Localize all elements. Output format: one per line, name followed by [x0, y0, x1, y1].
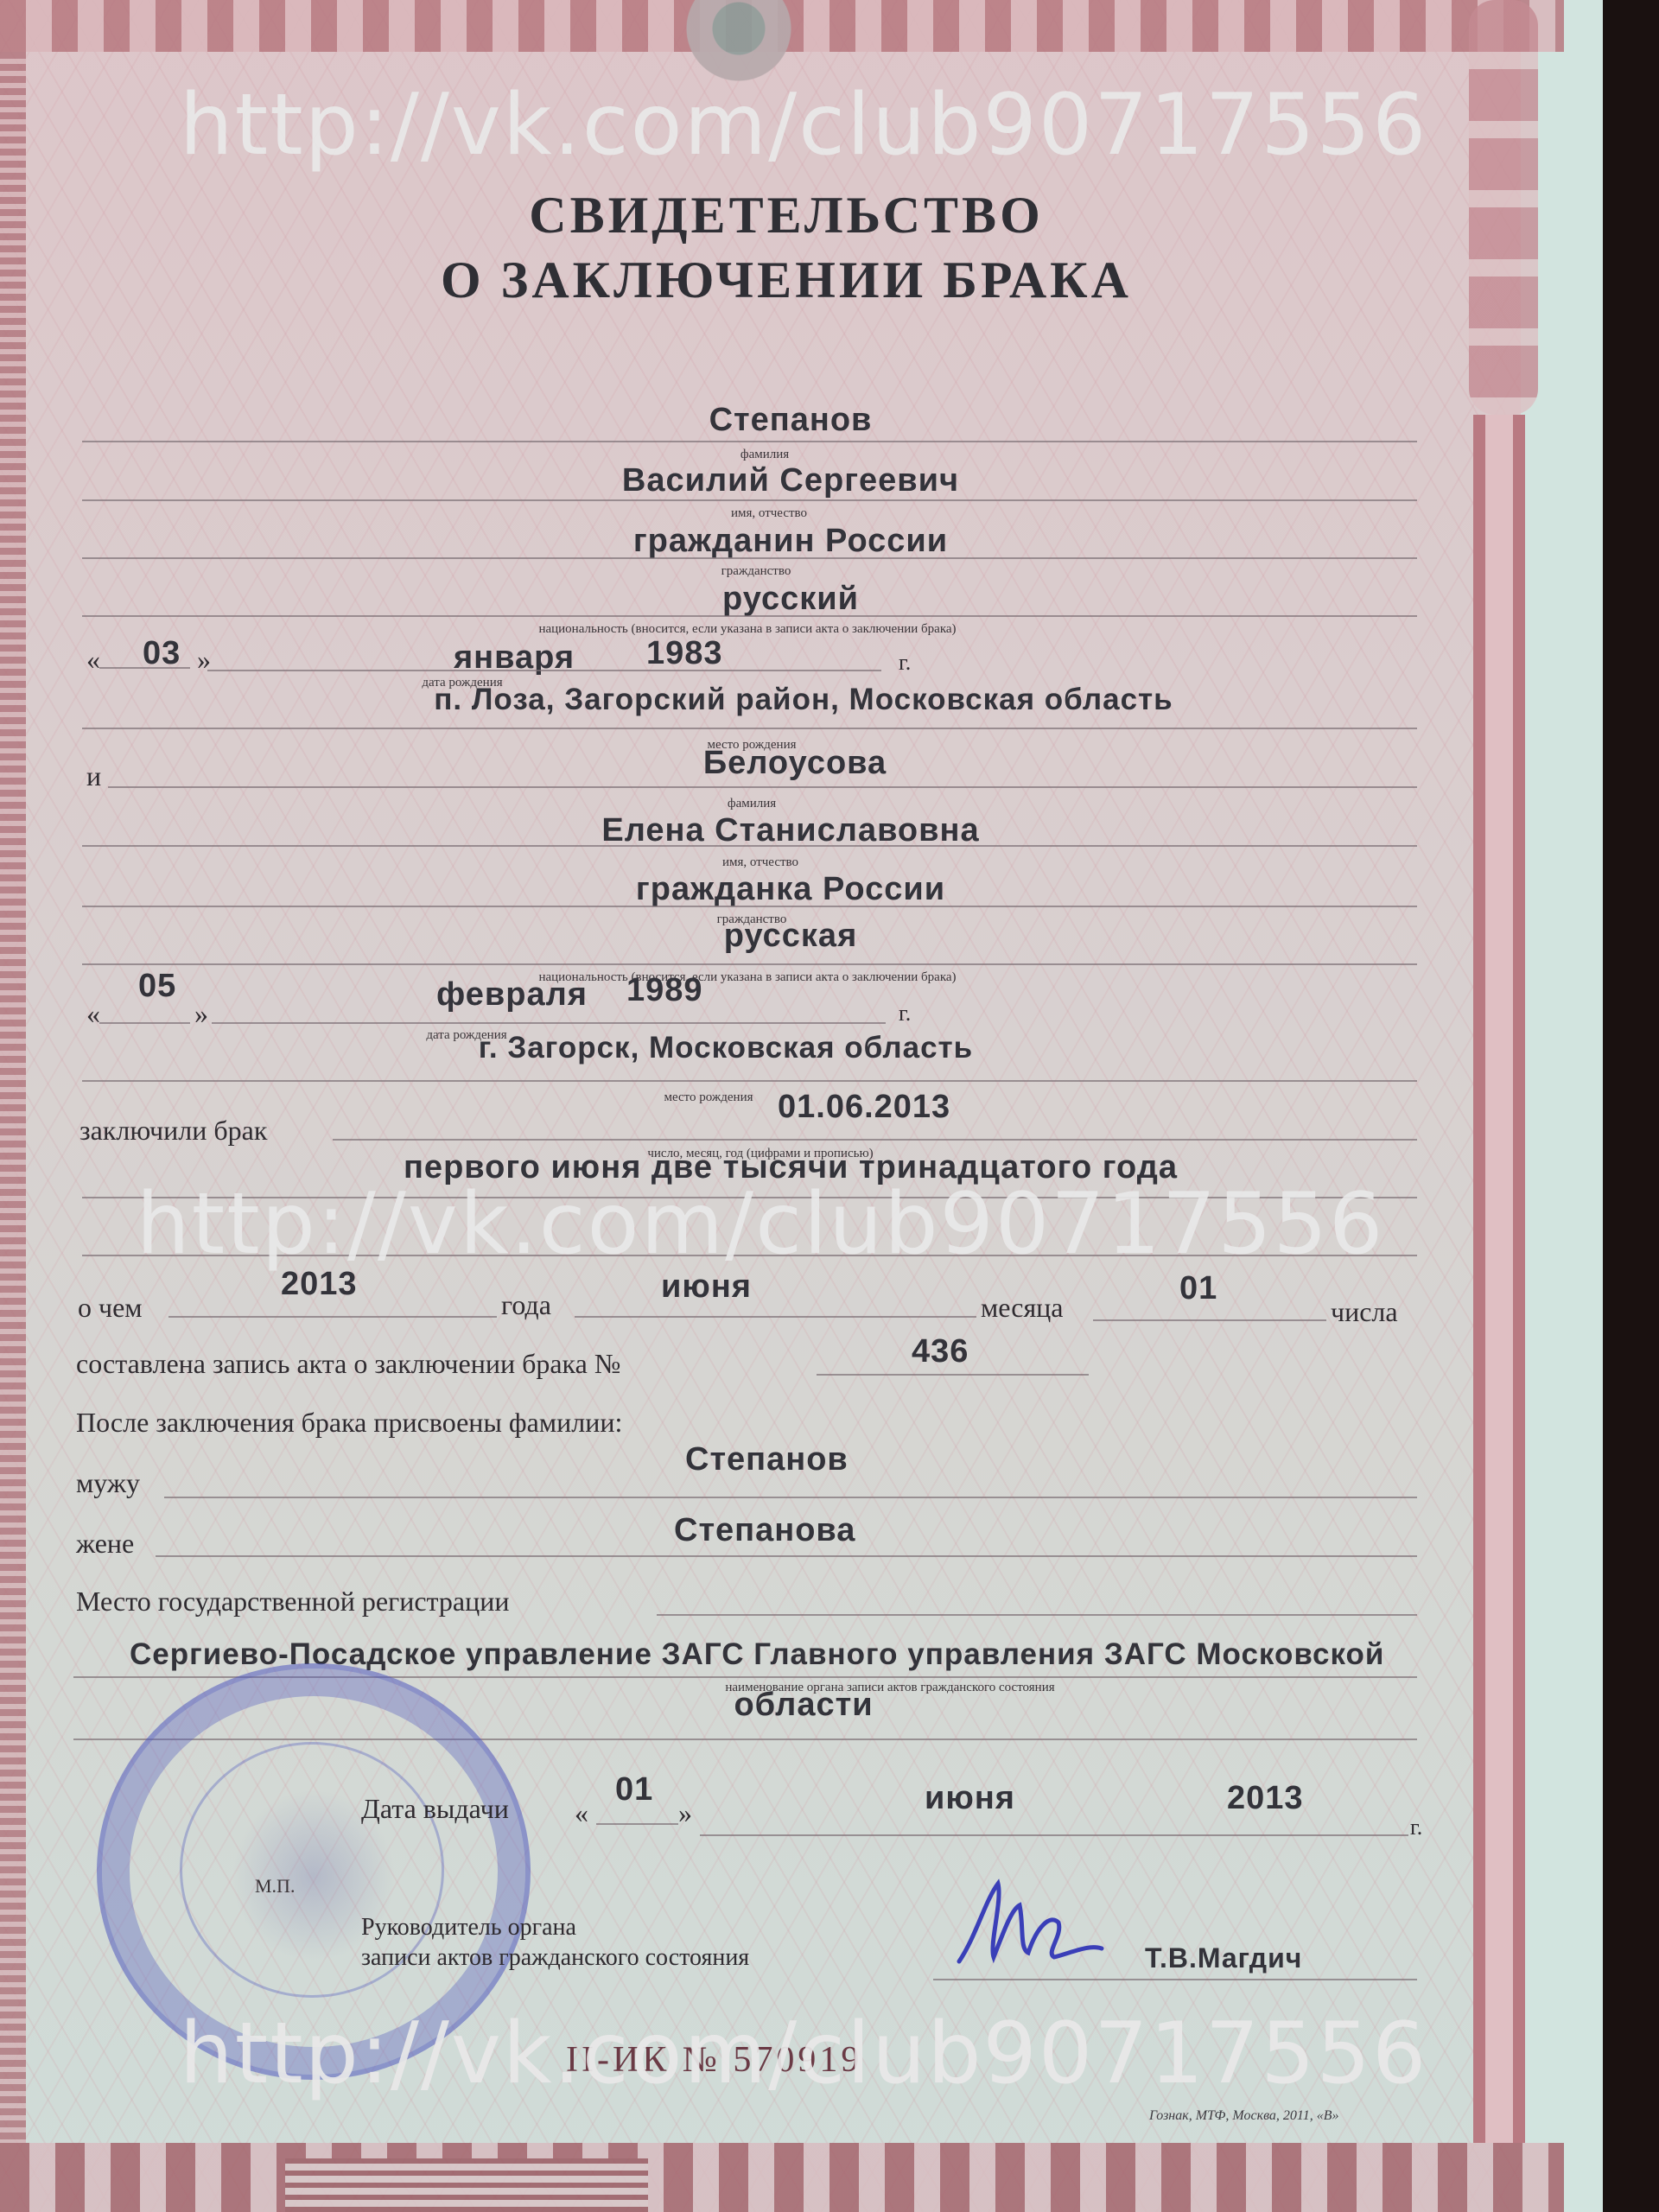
- marriage-date-numeric: 01.06.2013: [778, 1089, 950, 1126]
- record-about-label: о чем: [78, 1292, 143, 1324]
- signature-icon: [950, 1866, 1123, 1979]
- issue-date-line: [700, 1834, 1408, 1836]
- connector-and: и: [86, 760, 101, 792]
- bride-surname-caption: фамилия: [728, 797, 776, 811]
- issue-date-label: Дата выдачи: [361, 1793, 509, 1825]
- groom-surname-caption: фамилия: [741, 448, 789, 462]
- record-act-label: составлена запись акта о заключении брак…: [76, 1348, 620, 1380]
- document-title-line1: СВИДЕТЕЛЬСТВО: [0, 186, 1547, 245]
- groom-surname-line: [82, 441, 1417, 442]
- husband-surname: Степанов: [685, 1441, 849, 1478]
- wife-surname: Степанова: [674, 1512, 855, 1549]
- issue-quote-close: »: [678, 1797, 692, 1829]
- record-day: 01: [1179, 1270, 1217, 1307]
- bride-nationality-caption: национальность (вносится, если указана в…: [538, 970, 956, 985]
- registration-label-line: [657, 1614, 1417, 1616]
- groom-name-line: [82, 499, 1417, 501]
- record-month-line: [575, 1316, 976, 1318]
- ornamental-border-bottom: [0, 2143, 1564, 2212]
- bride-citizenship-line: [82, 906, 1417, 907]
- ornamental-border-left: [0, 52, 26, 2143]
- bride-nationality-line: [82, 963, 1417, 965]
- bride-birth-day-line: [99, 1022, 190, 1024]
- ornamental-border-right: [1473, 415, 1525, 2143]
- registration-office-line2: области: [734, 1687, 873, 1724]
- bride-name-caption: имя, отчество: [722, 855, 798, 870]
- groom-nationality-line: [82, 615, 1417, 617]
- bride-birth-month: февраля: [436, 976, 588, 1014]
- record-day-label: числа: [1331, 1296, 1398, 1328]
- groom-citizenship: гражданин России: [633, 523, 948, 560]
- marriage-date-line: [333, 1139, 1417, 1141]
- document-title-line2: О ЗАКЛЮЧЕНИИ БРАКА: [0, 251, 1547, 310]
- record-act-number: 436: [912, 1333, 969, 1370]
- groom-nationality: русский: [722, 581, 859, 618]
- issue-day: 01: [615, 1771, 653, 1808]
- issue-quote-open: «: [575, 1797, 588, 1829]
- record-month-label: месяца: [981, 1292, 1064, 1324]
- record-act-line: [817, 1374, 1089, 1376]
- printer-imprint: Гознак, МТФ, Москва, 2011, «В»: [1149, 2108, 1339, 2124]
- signatory-title-line1: Руководитель органа: [361, 1914, 576, 1942]
- bride-birth-year-suffix: г.: [899, 1001, 911, 1027]
- husband-surname-line: [164, 1497, 1417, 1498]
- bride-birth-quote-close: »: [194, 998, 208, 1030]
- watermark-middle: http://vk.com/club90717556: [0, 1175, 1521, 1274]
- signatory-line: [933, 1979, 1417, 1980]
- marriage-label: заключили брак: [79, 1115, 267, 1147]
- bride-birth-place-line: [82, 1080, 1417, 1082]
- record-year-line: [168, 1316, 497, 1318]
- signatory-name: Т.В.Магдич: [1145, 1942, 1302, 1974]
- bride-nationality: русская: [724, 918, 858, 955]
- groom-birth-year: 1983: [646, 635, 723, 672]
- groom-birth-place: п. Лоза, Загорский район, Московская обл…: [434, 683, 1173, 717]
- bride-birth-place-caption: место рождения: [664, 1090, 753, 1105]
- bride-birth-date-line: [212, 1022, 886, 1024]
- wife-label: жене: [76, 1528, 134, 1560]
- bride-birth-year: 1989: [626, 972, 703, 1009]
- registration-label: Место государственной регистрации: [76, 1586, 509, 1618]
- issue-day-line: [596, 1823, 678, 1825]
- bride-birth-place: г. Загорск, Московская область: [479, 1031, 973, 1065]
- watermark-top: http://vk.com/club90717556: [0, 76, 1564, 175]
- bride-citizenship: гражданка России: [636, 871, 945, 908]
- bride-birth-quote-open: «: [86, 998, 100, 1030]
- groom-name: Василий Сергеевич: [622, 462, 959, 499]
- record-month: июня: [661, 1268, 752, 1306]
- groom-birth-day-line: [99, 667, 190, 669]
- issue-year: 2013: [1227, 1780, 1304, 1817]
- seal-place-mark: М.П.: [255, 1875, 295, 1897]
- record-year-label: года: [501, 1289, 551, 1321]
- groom-birth-date-line: [207, 670, 881, 671]
- bride-surname: Белоусова: [703, 745, 887, 782]
- issue-year-suffix: г.: [1410, 1815, 1422, 1840]
- bride-birth-day: 05: [138, 968, 176, 1005]
- husband-label: мужу: [76, 1467, 140, 1499]
- wife-surname-line: [156, 1555, 1417, 1557]
- groom-birth-place-line: [82, 728, 1417, 729]
- groom-birth-quote-open: «: [86, 644, 100, 676]
- groom-birth-year-suffix: г.: [899, 650, 911, 676]
- groom-nationality-caption: национальность (вносится, если указана в…: [538, 622, 956, 637]
- border-plaque: [285, 2158, 648, 2212]
- bride-name-line: [82, 845, 1417, 847]
- groom-surname: Степанов: [709, 402, 873, 439]
- signatory-title-line2: записи актов гражданского состояния: [361, 1944, 749, 1972]
- groom-citizenship-line: [82, 557, 1417, 559]
- bride-surname-line: [108, 786, 1417, 788]
- groom-citizenship-caption: гражданство: [721, 564, 791, 579]
- record-day-line: [1093, 1319, 1326, 1321]
- groom-name-caption: имя, отчество: [731, 506, 807, 521]
- bride-name: Елена Станиславовна: [601, 812, 979, 849]
- watermark-bottom: http://vk.com/club90717556: [0, 2005, 1564, 2103]
- surnames-heading: После заключения брака присвоены фамилии…: [76, 1407, 622, 1439]
- issue-month: июня: [925, 1780, 1015, 1817]
